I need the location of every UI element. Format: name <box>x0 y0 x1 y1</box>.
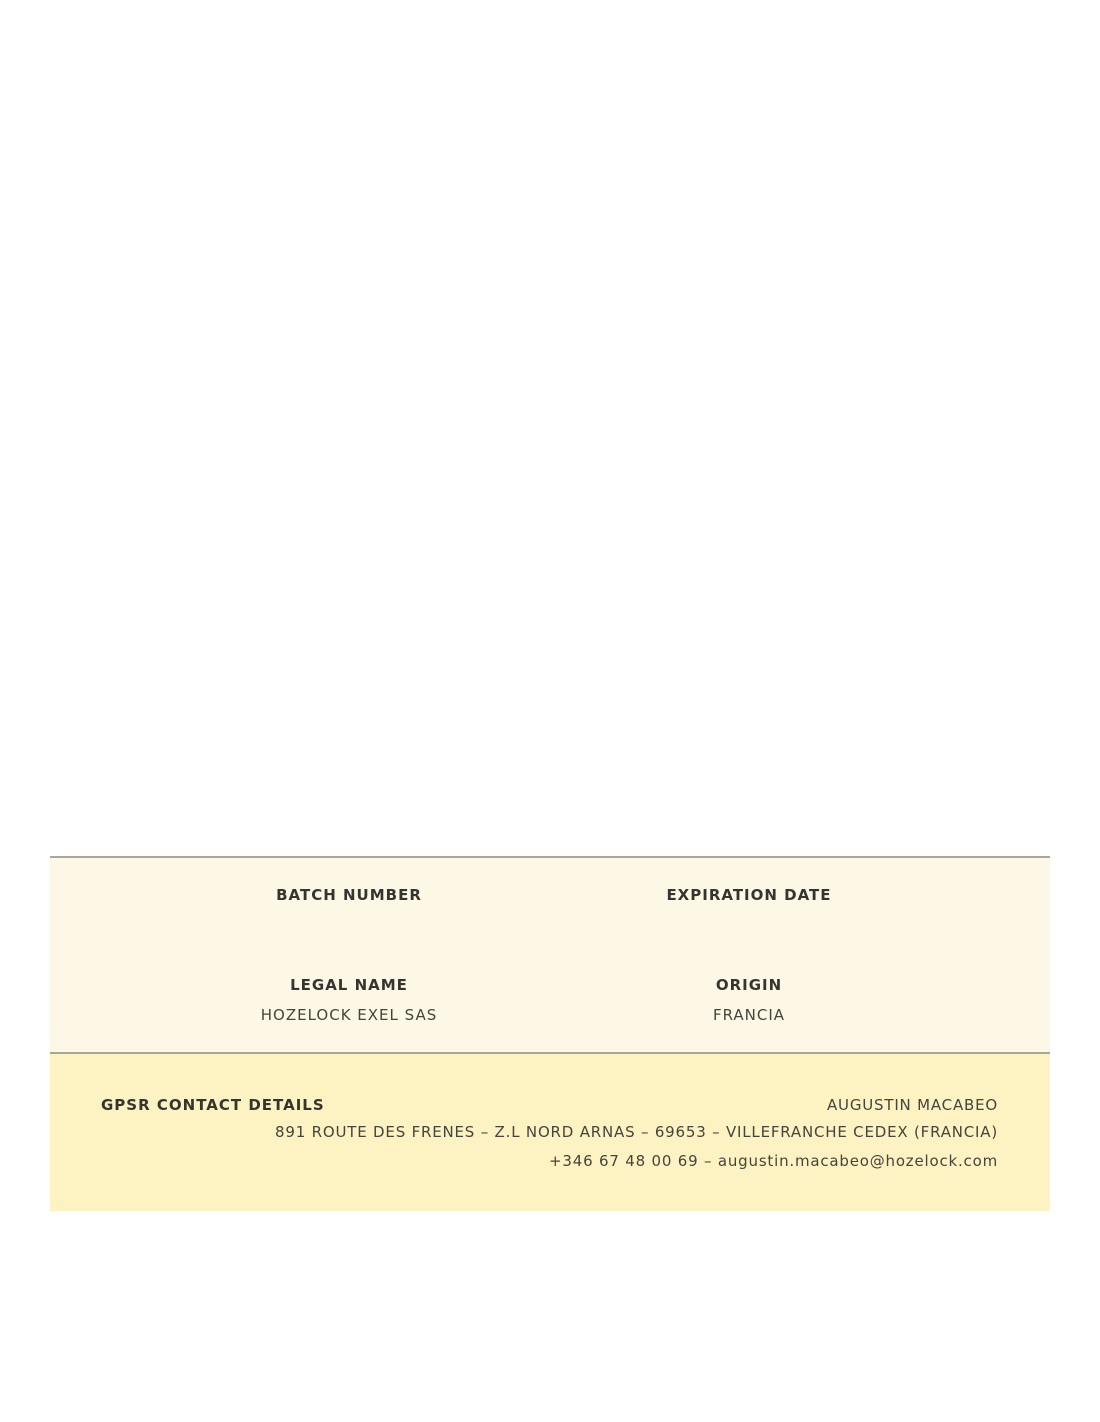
legal-name-field: LEGAL NAME HOZELOCK EXEL SAS <box>199 976 499 1024</box>
gpsr-contact-panel: GPSR CONTACT DETAILS AUGUSTIN MACABEO 89… <box>50 1054 1050 1211</box>
contact-name: AUGUSTIN MACABEO <box>827 1096 998 1114</box>
origin-field: ORIGIN FRANCIA <box>599 976 899 1024</box>
origin-label: ORIGIN <box>599 976 899 994</box>
product-info-panel: BATCH NUMBER EXPIRATION DATE LEGAL NAME … <box>50 856 1050 1054</box>
legal-name-label: LEGAL NAME <box>199 976 499 994</box>
expiration-date-field: EXPIRATION DATE <box>599 886 899 916</box>
origin-value: FRANCIA <box>599 1006 899 1024</box>
expiration-date-label: EXPIRATION DATE <box>599 886 899 904</box>
contact-address: 891 ROUTE DES FRENES – Z.L NORD ARNAS – … <box>275 1123 998 1141</box>
contact-phone-email: +346 67 48 00 69 – augustin.macabeo@hoze… <box>549 1152 998 1170</box>
batch-number-field: BATCH NUMBER <box>199 886 499 916</box>
legal-name-value: HOZELOCK EXEL SAS <box>199 1006 499 1024</box>
batch-number-label: BATCH NUMBER <box>199 886 499 904</box>
gpsr-contact-title: GPSR CONTACT DETAILS <box>101 1096 325 1114</box>
